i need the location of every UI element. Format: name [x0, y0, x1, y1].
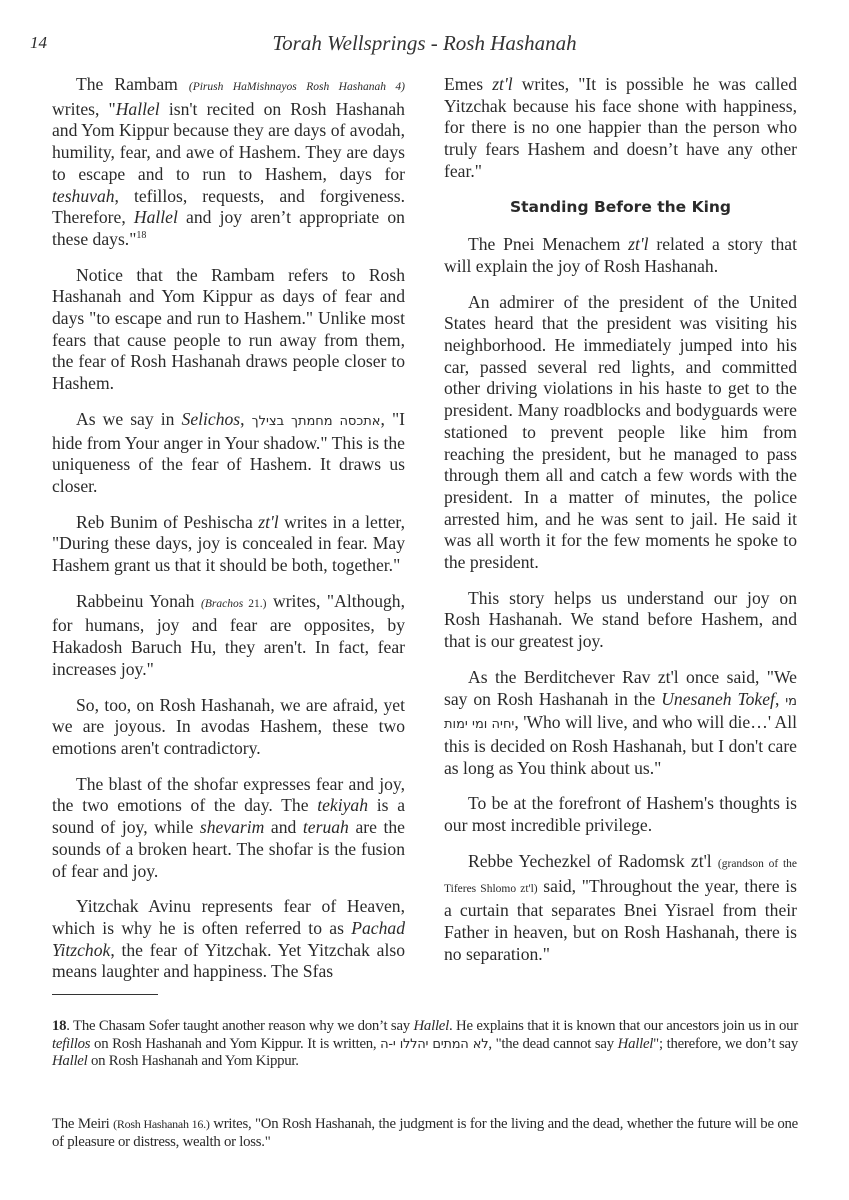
hebrew-quote: לא המתים יהללו י-ה: [380, 1037, 488, 1052]
source-citation: (Brachos: [201, 598, 243, 610]
italic-term: teruah: [303, 817, 349, 837]
left-column: The Rambam (Pirush HaMishnayos Rosh Hash…: [52, 74, 405, 997]
text: on Rosh Hashanah and Yom Kippur.: [88, 1053, 299, 1069]
italic-term: zt'l: [258, 512, 278, 532]
right-column: Emes zt'l writes, "It is possible he was…: [444, 74, 797, 979]
footnote-reference[interactable]: 18: [136, 230, 146, 241]
italic-term: shevarim: [200, 817, 265, 837]
running-title: Torah Wellsprings - Rosh Hashanah: [0, 31, 849, 56]
section-heading: Standing Before the King: [444, 197, 797, 219]
paragraph-story-meaning: This story helps us understand our joy o…: [444, 588, 797, 653]
text: . He explains that it is known that our …: [449, 1018, 798, 1034]
italic-term: zt'l: [628, 234, 648, 254]
text: As we say in: [76, 409, 182, 429]
text: Reb Bunim of Peshischa: [76, 512, 258, 532]
text: on Rosh Hashanah and Yom Kippur. It is w…: [90, 1036, 380, 1052]
italic-term: teshuvah: [52, 186, 115, 206]
text: ,: [240, 409, 251, 429]
italic-term: tefillos: [52, 1036, 90, 1052]
footnote-divider: [52, 994, 158, 995]
paragraph-rabbeinu-yonah: Rabbeinu Yonah (Brachos 21.) writes, "Al…: [52, 591, 405, 681]
italic-term: Hallel: [116, 99, 160, 119]
italic-term: Hallel: [414, 1018, 450, 1034]
paragraph-reb-bunim: Reb Bunim of Peshischa zt'l writes in a …: [52, 512, 405, 577]
paragraph-pnei-menachem: The Pnei Menachem zt'l related a story t…: [444, 234, 797, 277]
paragraph-admirer-story: An admirer of the president of the Unite…: [444, 292, 797, 574]
text: . The Chasam Sofer taught another reason…: [66, 1018, 413, 1034]
text: writes, ": [52, 99, 116, 119]
text: The Pnei Menachem: [468, 234, 628, 254]
paragraph-berditchever: As the Berditchever Rav zt'l once said, …: [444, 667, 797, 780]
paragraph-yitzchak: Yitzchak Avinu represents fear of Heaven…: [52, 896, 405, 983]
footnote-meiri: The Meiri (Rosh Hashanah 16.) writes, "O…: [52, 1116, 798, 1151]
text: Rebbe Yechezkel of Radomsk zt'l: [468, 851, 718, 871]
footnote-18: 18. The Chasam Sofer taught another reas…: [52, 1018, 798, 1071]
hebrew-quote: אתכסה מחמתך בצילך: [252, 414, 381, 429]
text: "; therefore, we don’t say: [653, 1036, 798, 1052]
text: ,: [775, 689, 785, 709]
source-citation: 21.): [243, 598, 266, 610]
paragraph-so-too: So, too, on Rosh Hashanah, we are afraid…: [52, 695, 405, 760]
paragraph-forefront: To be at the forefront of Hashem's thoug…: [444, 793, 797, 836]
text: Rabbeinu Yonah: [76, 591, 201, 611]
paragraph-radomsk: Rebbe Yechezkel of Radomsk zt'l (grandso…: [444, 851, 797, 966]
paragraph-sfas-emes: Emes zt'l writes, "It is possible he was…: [444, 74, 797, 183]
italic-term: tekiyah: [317, 795, 368, 815]
text: and: [264, 817, 303, 837]
italic-term: Unesaneh Tokef: [661, 689, 775, 709]
text: The Meiri: [52, 1116, 113, 1132]
italic-term: Selichos: [182, 409, 241, 429]
text: , "the dead cannot say: [488, 1036, 617, 1052]
page-header: 14 Torah Wellsprings - Rosh Hashanah: [0, 31, 849, 61]
footnote-number: 18: [52, 1018, 66, 1034]
italic-term: Hallel: [618, 1036, 654, 1052]
source-citation: (Rosh Hashanah 16.): [113, 1117, 210, 1131]
text: The Rambam: [76, 74, 189, 94]
paragraph-shofar: The blast of the shofar expresses fear a…: [52, 774, 405, 883]
paragraph-rambam: The Rambam (Pirush HaMishnayos Rosh Hash…: [52, 74, 405, 251]
paragraph-selichos: As we say in Selichos, אתכסה מחמתך בצילך…: [52, 409, 405, 498]
source-citation: (Pirush HaMishnayos Rosh Hashanah 4): [189, 81, 405, 93]
text: Emes: [444, 74, 492, 94]
italic-term: Hallel: [134, 207, 178, 227]
paragraph-notice: Notice that the Rambam refers to Rosh Ha…: [52, 265, 405, 395]
italic-term: zt'l: [492, 74, 512, 94]
italic-term: Hallel: [52, 1053, 88, 1069]
